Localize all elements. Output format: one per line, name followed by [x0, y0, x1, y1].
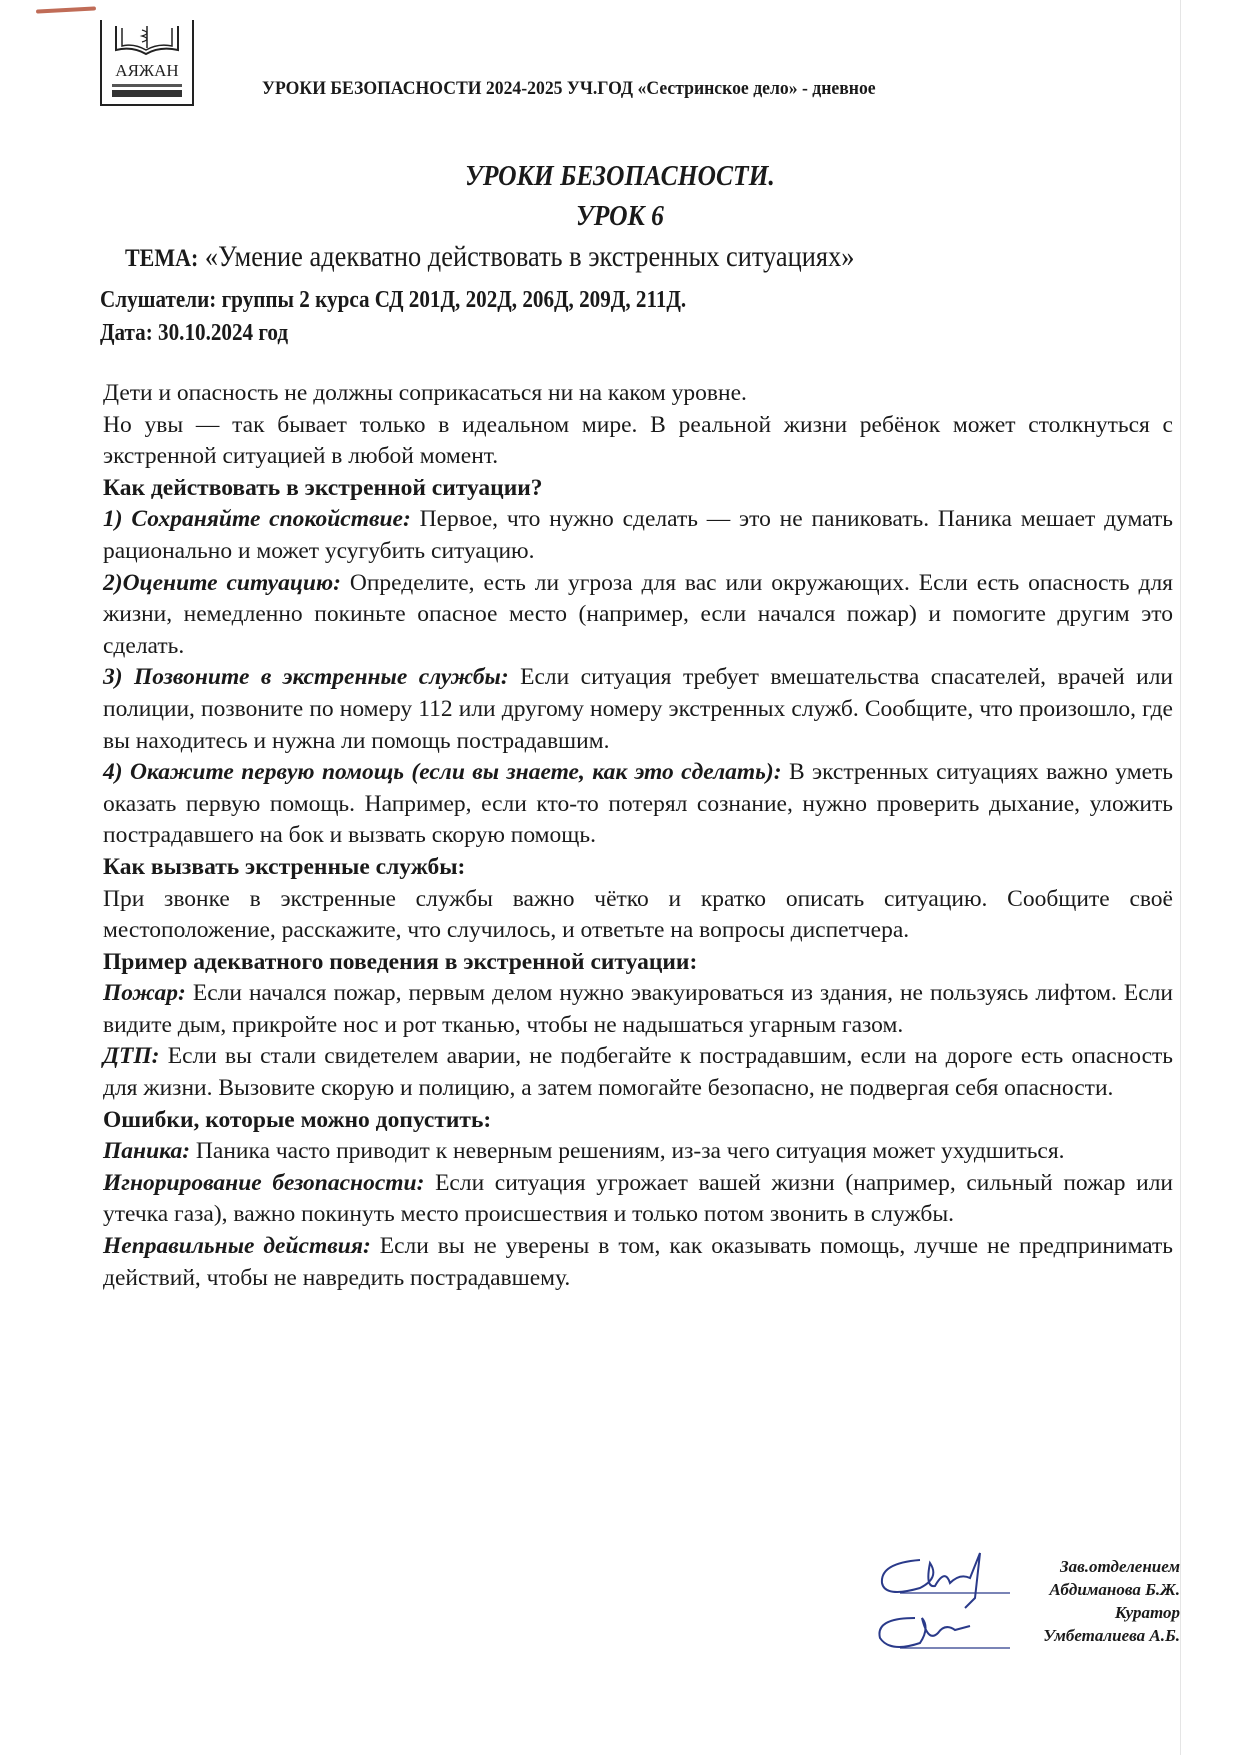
- topic-text: «Умение адекватно действовать в экстренн…: [205, 240, 854, 273]
- step-lead: 4) Окажите первую помощь (если вы знаете…: [103, 759, 782, 785]
- signer-role: Куратор: [1043, 1601, 1180, 1624]
- example-text: Если вы стали свидетелем аварии, не подб…: [103, 1043, 1173, 1101]
- mistake-paragraph: Неправильные действия: Если вы не уверен…: [103, 1231, 1173, 1294]
- signer-name: Умбеталиева А.Б.: [1043, 1624, 1180, 1647]
- step-lead: 1) Сохраняйте спокойствие:: [103, 506, 411, 532]
- mistake-lead: Неправильные действия:: [103, 1233, 371, 1259]
- topic-line: ТЕМА: «Умение адекватно действовать в эк…: [125, 240, 854, 274]
- section-heading: Как действовать в экстренной ситуации?: [103, 473, 1173, 505]
- logo-text: АЯЖАН: [115, 61, 178, 80]
- mistake-lead: Игнорирование безопасности:: [103, 1170, 424, 1196]
- signer-role: Зав.отделением: [1043, 1555, 1180, 1578]
- step-lead: 3) Позвоните в экстренные службы:: [103, 664, 509, 690]
- step-paragraph: 3) Позвоните в экстренные службы: Если с…: [103, 662, 1173, 757]
- section-heading: Как вызвать экстренные службы:: [103, 852, 1173, 884]
- college-logo: АЯЖАН: [100, 20, 194, 106]
- topic-label: ТЕМА:: [125, 245, 198, 272]
- mistake-paragraph: Игнорирование безопасности: Если ситуаци…: [103, 1168, 1173, 1231]
- step-lead: 2)Оцените ситуацию:: [103, 570, 341, 596]
- listeners-line: Слушатели: группы 2 курса СД 201Д, 202Д,…: [100, 287, 686, 314]
- signer-name: Абдиманова Б.Ж.: [1043, 1578, 1180, 1601]
- intro-paragraph: Но увы — так бывает только в идеальном м…: [103, 410, 1173, 473]
- example-lead: Пожар:: [103, 980, 186, 1006]
- date-line: Дата: 30.10.2024 год: [100, 320, 288, 347]
- example-lead: ДТП:: [103, 1043, 160, 1069]
- mistake-lead: Паника:: [103, 1138, 190, 1164]
- example-paragraph: Пожар: Если начался пожар, первым делом …: [103, 978, 1173, 1041]
- step-paragraph: 2)Оцените ситуацию: Определите, есть ли …: [103, 568, 1173, 663]
- example-paragraph: ДТП: Если вы стали свидетелем аварии, не…: [103, 1041, 1173, 1104]
- document-body: Дети и опасность не должны соприкасаться…: [103, 378, 1173, 1294]
- mistake-paragraph: Паника: Паника часто приводит к неверным…: [103, 1136, 1173, 1168]
- section-heading: Пример адекватного поведения в экстренно…: [103, 947, 1173, 979]
- intro-paragraph: Дети и опасность не должны соприкасаться…: [103, 378, 1173, 410]
- signature-block: Зав.отделением Абдиманова Б.Ж. Куратор У…: [1043, 1555, 1180, 1647]
- mistake-text: Паника часто приводит к неверным решения…: [190, 1138, 1065, 1164]
- scan-edge-line: [1180, 0, 1181, 1755]
- lesson-number: УРОК 6: [132, 200, 1109, 233]
- book-caduceus-icon: АЯЖАН: [102, 20, 192, 104]
- example-text: Если начался пожар, первым делом нужно э…: [103, 980, 1173, 1038]
- step-paragraph: 1) Сохраняйте спокойствие: Первое, что н…: [103, 504, 1173, 567]
- document-title: УРОКИ БЕЗОПАСНОСТИ.: [132, 160, 1109, 193]
- document-header: УРОКИ БЕЗОПАСНОСТИ 2024-2025 УЧ.ГОД «Сес…: [262, 78, 876, 100]
- pen-mark: [36, 6, 96, 13]
- step-paragraph: 4) Окажите первую помощь (если вы знаете…: [103, 757, 1173, 852]
- handwritten-signatures: [860, 1548, 1040, 1663]
- section-heading: Ошибки, которые можно допустить:: [103, 1105, 1173, 1137]
- call-paragraph: При звонке в экстренные службы важно чёт…: [103, 884, 1173, 947]
